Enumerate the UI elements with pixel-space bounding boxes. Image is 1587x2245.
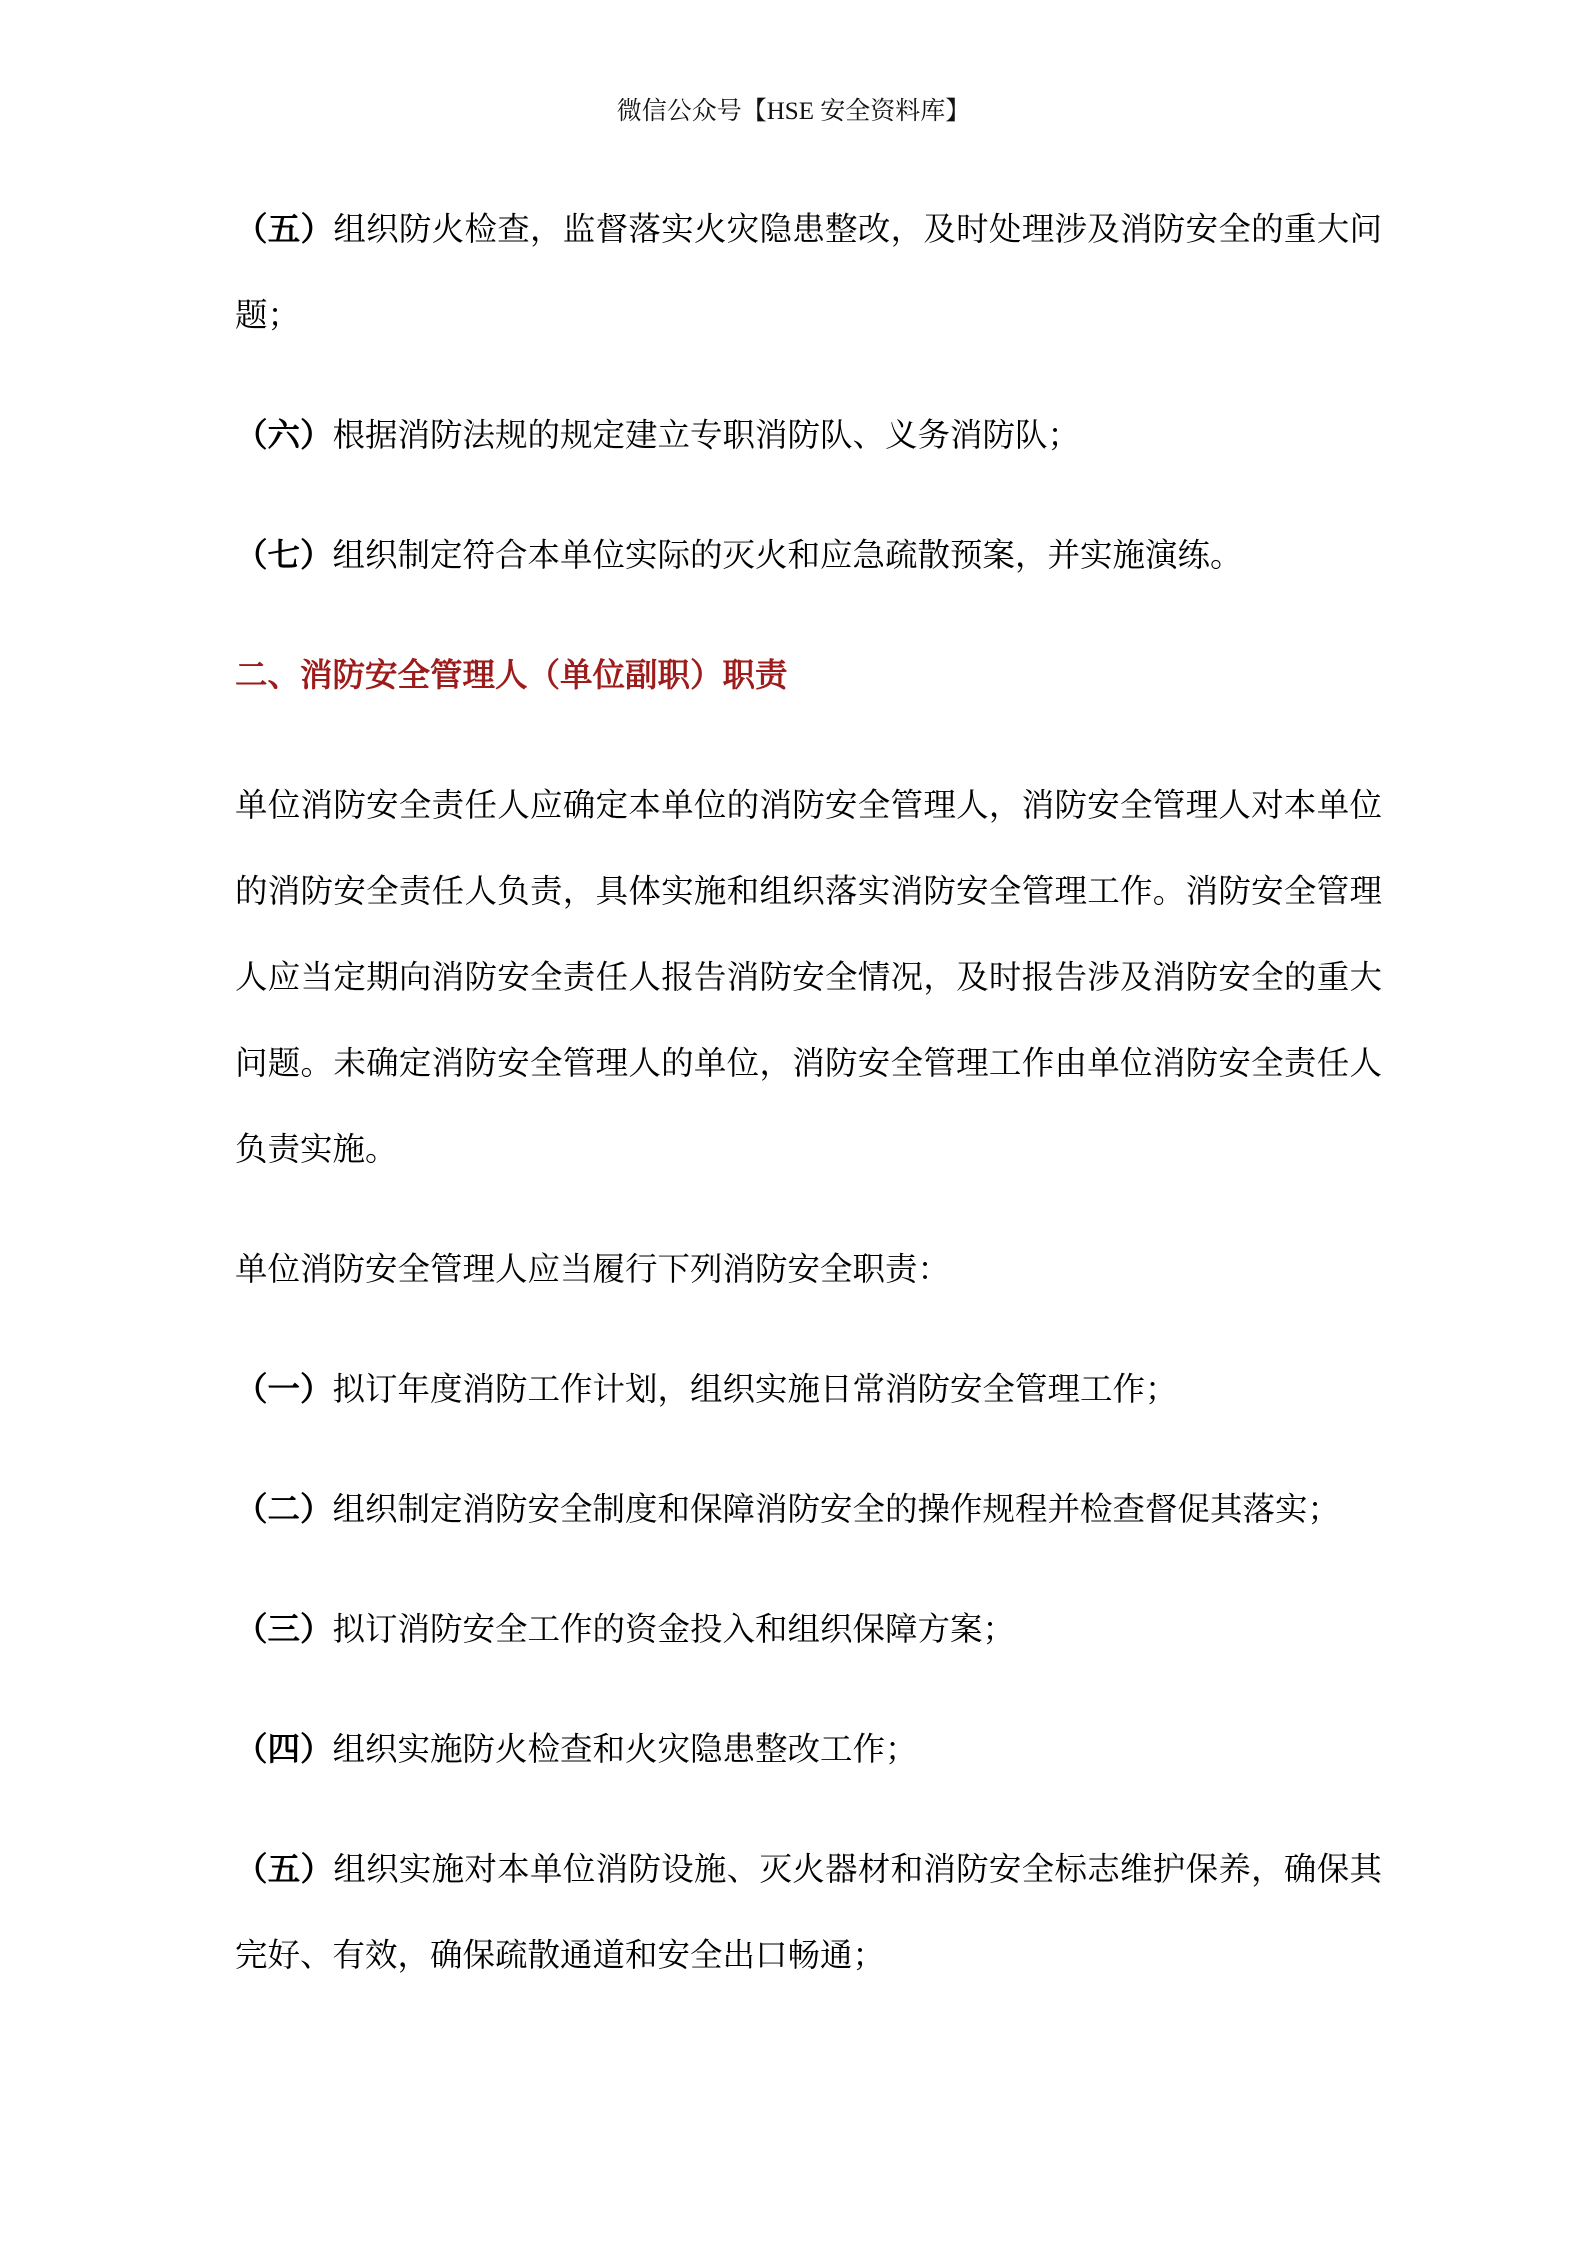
list-item: （一）拟订年度消防工作计划，组织实施日常消防安全管理工作； xyxy=(235,1346,1382,1432)
paragraph: 单位消防安全管理人应当履行下列消防安全职责： xyxy=(235,1226,1382,1312)
item-text: 拟订消防安全工作的资金投入和组织保障方案； xyxy=(333,1611,1016,1647)
item-text: 组织制定符合本单位实际的灭火和应急疏散预案，并实施演练。 xyxy=(333,537,1243,573)
list-item: （七）组织制定符合本单位实际的灭火和应急疏散预案，并实施演练。 xyxy=(235,512,1382,598)
item-marker: （七） xyxy=(235,537,333,573)
page-header: 微信公众号【HSE 安全资料库】 xyxy=(0,0,1587,128)
list-item: （五）组织防火检查，监督落实火灾隐患整改，及时处理涉及消防安全的重大问题； xyxy=(235,186,1382,358)
item-text: 组织制定消防安全制度和保障消防安全的操作规程并检查督促其落实； xyxy=(333,1491,1341,1527)
paragraph: 单位消防安全责任人应确定本单位的消防安全管理人，消防安全管理人对本单位的消防安全… xyxy=(235,762,1382,1192)
item-marker: （五） xyxy=(235,1851,333,1887)
item-text: 拟订年度消防工作计划，组织实施日常消防安全管理工作； xyxy=(333,1371,1178,1407)
item-marker: （五） xyxy=(235,211,333,247)
section-heading: 二、消防安全管理人（单位副职）职责 xyxy=(235,632,1382,718)
item-marker: （三） xyxy=(235,1611,333,1647)
item-marker: （六） xyxy=(235,417,333,453)
item-text: 根据消防法规的规定建立专职消防队、义务消防队； xyxy=(333,417,1081,453)
list-item: （三）拟订消防安全工作的资金投入和组织保障方案； xyxy=(235,1586,1382,1672)
item-text: 组织实施对本单位消防设施、灭火器材和消防安全标志维护保养，确保其完好、有效，确保… xyxy=(235,1851,1382,1973)
item-text: 组织实施防火检查和火灾隐患整改工作； xyxy=(333,1731,918,1767)
list-item: （四）组织实施防火检查和火灾隐患整改工作； xyxy=(235,1706,1382,1792)
item-marker: （四） xyxy=(235,1731,333,1767)
item-text: 组织防火检查，监督落实火灾隐患整改，及时处理涉及消防安全的重大问题； xyxy=(235,211,1382,333)
document-page: 微信公众号【HSE 安全资料库】 （五）组织防火检查，监督落实火灾隐患整改，及时… xyxy=(0,0,1587,2245)
item-marker: （一） xyxy=(235,1371,333,1407)
watermark-text: 微信公众号【HSE 安全资料库】 xyxy=(617,98,970,125)
item-marker: （二） xyxy=(235,1491,333,1527)
list-item: （六）根据消防法规的规定建立专职消防队、义务消防队； xyxy=(235,392,1382,478)
document-content: （五）组织防火检查，监督落实火灾隐患整改，及时处理涉及消防安全的重大问题； （六… xyxy=(235,128,1382,1998)
list-item: （五）组织实施对本单位消防设施、灭火器材和消防安全标志维护保养，确保其完好、有效… xyxy=(235,1826,1382,1998)
list-item: （二）组织制定消防安全制度和保障消防安全的操作规程并检查督促其落实； xyxy=(235,1466,1382,1552)
